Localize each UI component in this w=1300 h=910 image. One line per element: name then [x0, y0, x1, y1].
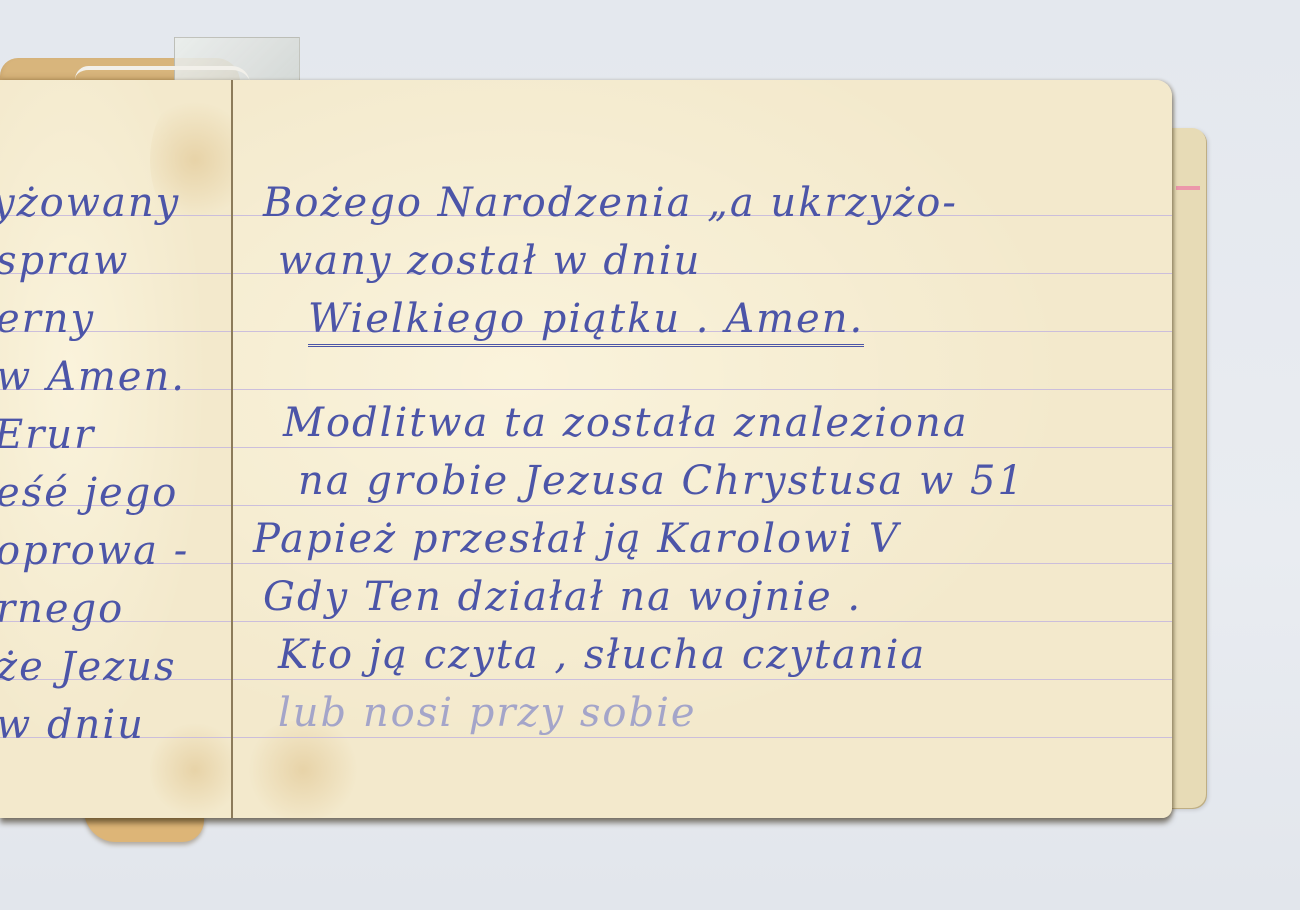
right-page: Bożego Narodzenia „a ukrzyżo- wany zosta… [233, 80, 1172, 818]
left-line-3: erny [0, 296, 95, 342]
left-line-8: rnego [0, 586, 124, 632]
right-line-9: lub nosi przy sobie [278, 690, 697, 736]
water-stain [150, 720, 240, 820]
left-line-5: Erur [0, 412, 95, 458]
left-line-2: spraw [0, 238, 129, 284]
left-line-6: eśé jego [0, 470, 178, 516]
left-line-4: w Amen. [0, 354, 186, 400]
left-line-10: w dniu [0, 702, 145, 748]
notebook: yżowany spraw erny w Amen. Erur eśé jego… [0, 80, 1172, 818]
right-line-7: Gdy Ten działał na wojnie . [263, 574, 862, 620]
right-line-8: Kto ją czyta , słucha czytania [278, 632, 926, 678]
right-line-5: na grobie Jezusa Chrystusa w 51 [298, 458, 1025, 504]
left-line-7: oprowa - [0, 528, 189, 574]
right-line-1: Bożego Narodzenia „a ukrzyżo- [263, 180, 958, 226]
left-line-1: yżowany [0, 180, 180, 226]
left-line-9: że Jezus [0, 644, 177, 690]
right-line-2: wany został w dniu [278, 238, 701, 284]
left-page: yżowany spraw erny w Amen. Erur eśé jego… [0, 80, 232, 818]
right-line-3: Wielkiego piątku . Amen. [308, 296, 864, 347]
right-line-6: Papież przesłał ją Karolowi V [253, 516, 900, 562]
right-line-4: Modlitwa ta została znaleziona [283, 400, 969, 446]
pink-mark [1176, 186, 1200, 190]
